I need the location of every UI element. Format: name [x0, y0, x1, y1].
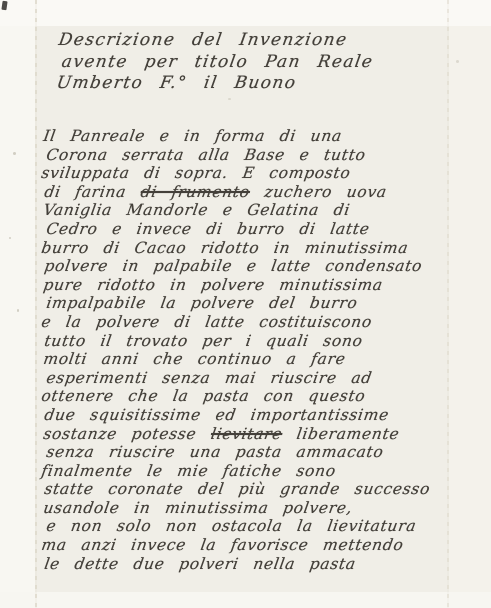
- right-fold-crease: [447, 0, 449, 608]
- manuscript-line: impalpabile la polvere del burro: [45, 294, 432, 313]
- heading-text: Descrizione del Invenzione: [57, 30, 349, 50]
- manuscript-text: usandole in minutissima polvere,: [42, 499, 354, 517]
- paper-speck: [17, 309, 19, 312]
- manuscript-text: le dette due polveri nella pasta: [43, 555, 357, 573]
- document-heading: Descrizione del Invenzioneavente per tit…: [57, 30, 371, 95]
- manuscript-text: senza riuscire una pasta ammacato: [45, 443, 385, 461]
- manuscript-text: impalpabile la polvere del burro: [45, 294, 359, 312]
- heading-line: Umberto F.° il Buono: [55, 73, 375, 95]
- manuscript-line: Vaniglia Mandorle e Gelatina di: [42, 201, 432, 220]
- manuscript-line: statte coronate del più grande successo: [43, 480, 432, 499]
- manuscript-text: e la polvere di latte costituiscono: [40, 313, 373, 331]
- paper-speck: [9, 237, 11, 239]
- scanned-manuscript-page: Descrizione del Invenzioneavente per tit…: [0, 0, 491, 608]
- manuscript-text: sostanze potesse: [42, 425, 212, 443]
- manuscript-line: polvere in palpabile e latte condensato: [43, 257, 432, 276]
- manuscript-text: esperimenti senza mai riuscire ad: [45, 369, 373, 387]
- document-body: Il Panreale e in forma di unaCorona serr…: [42, 127, 429, 573]
- manuscript-line: sviluppata di sopra. E composto: [40, 164, 432, 183]
- manuscript-line: ottenere che la pasta con questo: [40, 387, 432, 406]
- heading-text: avente per titolo Pan Reale: [60, 52, 375, 72]
- manuscript-line: Il Panreale e in forma di una: [42, 127, 432, 146]
- paper-speck: [456, 60, 459, 63]
- manuscript-text: Il Panreale e in forma di una: [42, 127, 343, 145]
- manuscript-line: sostanze potesse lievitare liberamente: [42, 425, 432, 444]
- manuscript-line: finalmente le mie fatiche sono: [40, 462, 432, 481]
- manuscript-text: sviluppata di sopra. E composto: [40, 164, 352, 182]
- manuscript-text: ma anzi invece la favorisce mettendo: [40, 536, 405, 554]
- scan-top-margin: [0, 0, 491, 26]
- manuscript-line: usandole in minutissima polvere,: [42, 499, 432, 518]
- manuscript-text: Corona serrata alla Base e tutto: [45, 146, 367, 164]
- manuscript-line: burro di Cacao ridotto in minutissima: [40, 239, 432, 258]
- manuscript-line: di farina di frumento zuchero uova: [43, 183, 432, 202]
- manuscript-text: Cedro e invece di burro di latte: [45, 220, 371, 238]
- manuscript-text: finalmente le mie fatiche sono: [40, 462, 337, 480]
- manuscript-text: ottenere che la pasta con questo: [40, 387, 367, 405]
- scan-right-margin: [449, 0, 491, 608]
- left-fold-crease: [35, 0, 37, 608]
- manuscript-line: due squisitissime ed importantissime: [43, 406, 432, 425]
- manuscript-text: liberamente: [281, 425, 401, 443]
- paper-speck: [13, 152, 16, 155]
- manuscript-line: tutto il trovato per i quali sono: [43, 332, 432, 351]
- manuscript-text: zuchero uova: [248, 183, 388, 201]
- paper-speck: [228, 98, 231, 100]
- manuscript-text: polvere in palpabile e latte condensato: [43, 257, 424, 275]
- manuscript-line: pure ridotto in polvere minutissima: [42, 276, 432, 295]
- manuscript-text: pure ridotto in polvere minutissima: [42, 276, 384, 294]
- manuscript-line: e non solo non ostacola la lievitatura: [45, 517, 432, 536]
- scan-bottom-margin: [0, 592, 491, 608]
- manuscript-text: Vaniglia Mandorle e Gelatina di: [42, 201, 351, 219]
- manuscript-line: Corona serrata alla Base e tutto: [45, 146, 432, 165]
- manuscript-line: e la polvere di latte costituiscono: [40, 313, 432, 332]
- manuscript-line: Cedro e invece di burro di latte: [45, 220, 432, 239]
- manuscript-text: molti anni che continuo a fare: [42, 350, 347, 368]
- manuscript-text: due squisitissime ed importantissime: [43, 406, 390, 424]
- manuscript-line: ma anzi invece la favorisce mettendo: [40, 536, 432, 555]
- struck-word: di frumento: [139, 183, 251, 201]
- manuscript-line: senza riuscire una pasta ammacato: [45, 443, 432, 462]
- manuscript-line: molti anni che continuo a fare: [42, 350, 432, 369]
- scan-left-margin: [0, 0, 35, 608]
- heading-line: avente per titolo Pan Reale: [60, 52, 375, 74]
- struck-word: lievitare: [210, 425, 284, 443]
- manuscript-text: statte coronate del più grande successo: [43, 480, 432, 498]
- manuscript-text: di farina: [43, 183, 142, 201]
- manuscript-line: esperimenti senza mai riuscire ad: [45, 369, 432, 388]
- manuscript-line: le dette due polveri nella pasta: [43, 555, 432, 574]
- heading-line: Descrizione del Invenzione: [57, 30, 375, 52]
- manuscript-text: tutto il trovato per i quali sono: [43, 332, 364, 350]
- manuscript-text: e non solo non ostacola la lievitatura: [45, 517, 418, 535]
- heading-text: Umberto F.° il Buono: [55, 73, 298, 93]
- manuscript-text: burro di Cacao ridotto in minutissima: [40, 239, 410, 257]
